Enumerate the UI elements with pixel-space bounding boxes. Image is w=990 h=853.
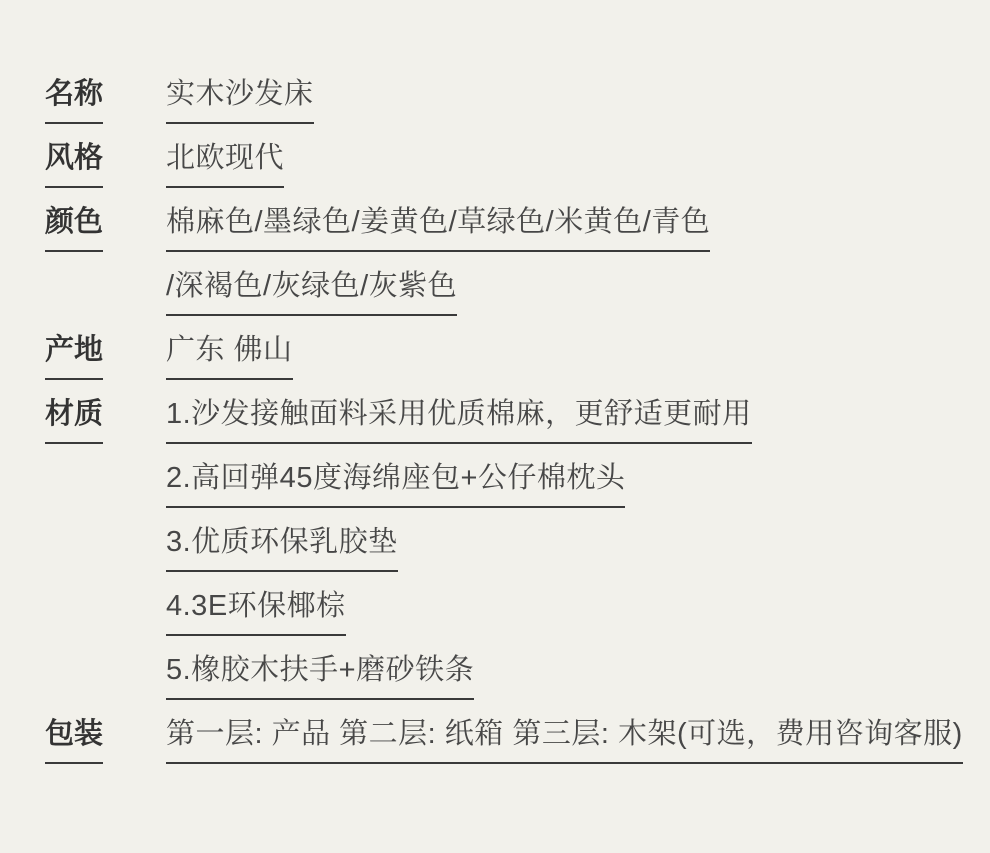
spec-value-line: 北欧现代 [166, 142, 990, 188]
spec-label-col: 风格 [45, 142, 166, 188]
spec-row-style: 风格 北欧现代 [45, 142, 990, 206]
spec-label: 风格 [45, 142, 103, 188]
spec-value-col: 实木沙发床 [166, 78, 990, 142]
spec-value: 2.高回弹45度海绵座包+公仔棉枕头 [166, 462, 625, 508]
spec-label: 颜色 [45, 206, 103, 252]
spec-value: /深褐色/灰绿色/灰紫色 [166, 270, 457, 316]
product-spec-table: 名称 实木沙发床 风格 北欧现代 颜色 棉麻色/墨绿色/姜黄色/草绿色/米黄色/… [0, 0, 990, 782]
spec-value-col: 第一层: 产品 第二层: 纸箱 第三层: 木架(可选，费用咨询客服) [166, 718, 990, 782]
spec-label-col: 产地 [45, 334, 166, 380]
spec-value: 北欧现代 [166, 142, 284, 188]
spec-value-line: 2.高回弹45度海绵座包+公仔棉枕头 [166, 462, 990, 508]
spec-value-col: 北欧现代 [166, 142, 990, 206]
spec-value-line: 1.沙发接触面料采用优质棉麻，更舒适更耐用 [166, 398, 990, 444]
spec-label: 产地 [45, 334, 103, 380]
spec-value-line: 实木沙发床 [166, 78, 990, 124]
spec-value: 棉麻色/墨绿色/姜黄色/草绿色/米黄色/青色 [166, 206, 710, 252]
spec-value: 4.3E环保椰棕 [166, 590, 346, 636]
spec-row-name: 名称 实木沙发床 [45, 78, 990, 142]
spec-value-col: 1.沙发接触面料采用优质棉麻，更舒适更耐用 2.高回弹45度海绵座包+公仔棉枕头… [166, 398, 990, 718]
spec-value: 5.橡胶木扶手+磨砂铁条 [166, 654, 474, 700]
spec-row-material: 材质 1.沙发接触面料采用优质棉麻，更舒适更耐用 2.高回弹45度海绵座包+公仔… [45, 398, 990, 718]
spec-value-line: 5.橡胶木扶手+磨砂铁条 [166, 654, 990, 700]
spec-value-col: 棉麻色/墨绿色/姜黄色/草绿色/米黄色/青色 /深褐色/灰绿色/灰紫色 [166, 206, 990, 334]
spec-value-line: 第一层: 产品 第二层: 纸箱 第三层: 木架(可选，费用咨询客服) [166, 718, 990, 764]
spec-value: 第一层: 产品 第二层: 纸箱 第三层: 木架(可选，费用咨询客服) [166, 718, 963, 764]
spec-label: 材质 [45, 398, 103, 444]
spec-value-line: 4.3E环保椰棕 [166, 590, 990, 636]
spec-value: 1.沙发接触面料采用优质棉麻，更舒适更耐用 [166, 398, 752, 444]
spec-value-col: 广东 佛山 [166, 334, 990, 398]
spec-value-line: 3.优质环保乳胶垫 [166, 526, 990, 572]
spec-value: 3.优质环保乳胶垫 [166, 526, 398, 572]
spec-value: 广东 佛山 [166, 334, 293, 380]
spec-label-col: 材质 [45, 398, 166, 444]
spec-row-color: 颜色 棉麻色/墨绿色/姜黄色/草绿色/米黄色/青色 /深褐色/灰绿色/灰紫色 [45, 206, 990, 334]
spec-row-origin: 产地 广东 佛山 [45, 334, 990, 398]
spec-label-col: 名称 [45, 78, 166, 124]
spec-value-line: /深褐色/灰绿色/灰紫色 [166, 270, 990, 316]
spec-value: 实木沙发床 [166, 78, 314, 124]
spec-label-col: 颜色 [45, 206, 166, 252]
spec-value-line: 棉麻色/墨绿色/姜黄色/草绿色/米黄色/青色 [166, 206, 990, 252]
spec-label: 名称 [45, 78, 103, 124]
spec-row-packaging: 包装 第一层: 产品 第二层: 纸箱 第三层: 木架(可选，费用咨询客服) [45, 718, 990, 782]
spec-label: 包装 [45, 718, 103, 764]
spec-label-col: 包装 [45, 718, 166, 764]
spec-value-line: 广东 佛山 [166, 334, 990, 380]
